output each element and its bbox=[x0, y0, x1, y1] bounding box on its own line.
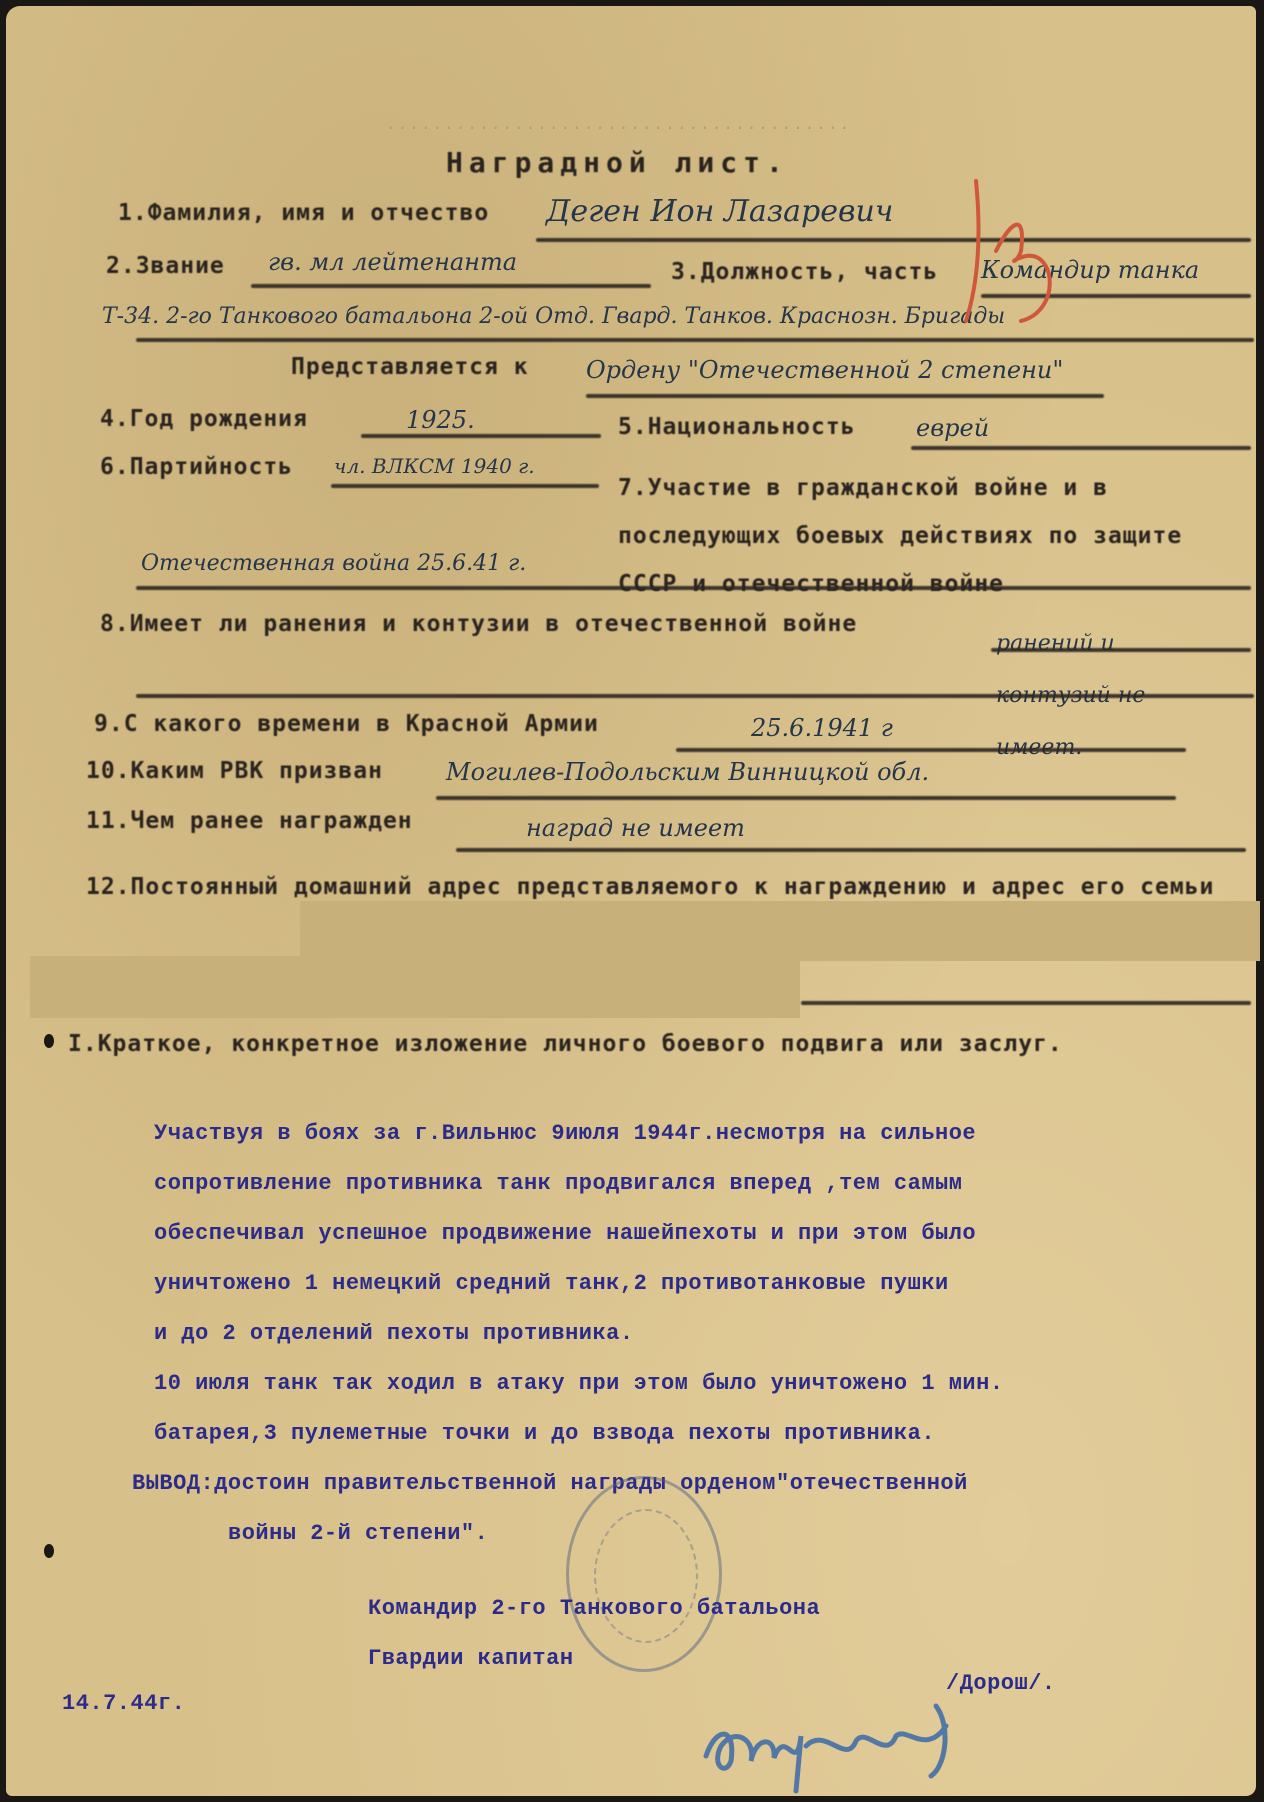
field-label-feat: I.Краткое, конкретное изложение личного … bbox=[68, 1031, 1063, 1057]
conclusion-line: ВЫВОД:достоин правительственной награды … bbox=[132, 1471, 968, 1496]
document-title: Наградной лист. bbox=[446, 146, 789, 179]
field-value-unit: Т-34. 2-го Танкового батальона 2-ой Отд.… bbox=[102, 304, 1005, 329]
document-date: 14.7.44г. bbox=[62, 1691, 185, 1716]
field-label-rank: 2.Звание bbox=[106, 253, 225, 279]
redaction-block bbox=[30, 956, 800, 1018]
field-value-nationality: еврей bbox=[916, 414, 989, 442]
underline bbox=[251, 284, 651, 288]
redaction-block bbox=[300, 901, 1260, 961]
punch-hole bbox=[44, 1544, 54, 1558]
field-value-party: чл. ВЛКСМ 1940 г. bbox=[334, 454, 535, 478]
signatory-rank: Гвардии капитан bbox=[368, 1646, 574, 1671]
field-label-party: 6.Партийность bbox=[100, 454, 293, 480]
underline bbox=[586, 394, 1104, 398]
body-line: уничтожено 1 немецкий средний танк,2 про… bbox=[154, 1271, 949, 1296]
underline bbox=[136, 694, 1254, 698]
punch-hole bbox=[44, 1034, 54, 1048]
underline bbox=[361, 434, 601, 438]
field-label-nominated: Представляется к bbox=[291, 354, 529, 380]
field-label-nationality: 5.Национальность bbox=[618, 414, 856, 440]
faint-header: ........................................ bbox=[386, 114, 851, 133]
field-label-position: 3.Должность, часть bbox=[671, 259, 938, 285]
underline bbox=[456, 848, 1246, 852]
underline bbox=[436, 796, 1176, 800]
body-line: Участвуя в боях за г.Вильнюс 9июля 1944г… bbox=[154, 1121, 976, 1146]
underline bbox=[136, 586, 1251, 590]
official-stamp bbox=[566, 1476, 722, 1672]
award-sheet-paper: ........................................… bbox=[6, 6, 1256, 1796]
underline bbox=[676, 748, 1186, 752]
red-pencil-mark-icon bbox=[961, 171, 1071, 331]
underline bbox=[136, 338, 1254, 342]
field-value-birth-year: 1925. bbox=[406, 406, 475, 434]
underline bbox=[991, 648, 1251, 652]
body-line: сопротивление противника танк продвигалс… bbox=[154, 1171, 962, 1196]
body-line: обеспечивал успешное продвижение нашейпе… bbox=[154, 1221, 976, 1246]
underline bbox=[331, 484, 599, 488]
field-value-nominated: Ордену "Отечественной 2 степени" bbox=[586, 356, 1063, 384]
underline bbox=[536, 238, 1251, 242]
body-line: и до 2 отделений пехоты противника. bbox=[154, 1321, 634, 1346]
signature-icon bbox=[696, 1666, 976, 1796]
field-value-previous-awards: наград не имеет bbox=[526, 814, 745, 842]
field-label-conscription: 10.Каким РВК призван bbox=[86, 758, 383, 784]
body-line: батарея,3 пулеметные точки и до взвода п… bbox=[154, 1421, 935, 1446]
conclusion-line: войны 2-й степени". bbox=[228, 1521, 488, 1546]
field-value-war-participation: Отечественная война 25.6.41 г. bbox=[141, 551, 526, 576]
body-line: 10 июля танк так ходил в атаку при этом … bbox=[154, 1371, 1004, 1396]
field-value-name: Деген Ион Лазаревич bbox=[546, 194, 893, 229]
signatory-title: Командир 2-го Танкового батальона bbox=[368, 1596, 820, 1621]
field-label-birth-year: 4.Год рождения bbox=[100, 406, 308, 432]
field-label-wounds: 8.Имеет ли ранения и контузии в отечеств… bbox=[100, 611, 857, 637]
field-label-army-since: 9.С какого времени в Красной Армии bbox=[94, 711, 599, 737]
field-label-previous-awards: 11.Чем ранее награжден bbox=[86, 808, 413, 834]
field-value-conscription: Могилев-Подольским Винницкой обл. bbox=[446, 758, 929, 786]
field-label-name: 1.Фамилия, имя и отчество bbox=[118, 200, 489, 226]
underline bbox=[801, 1001, 1251, 1005]
underline bbox=[911, 446, 1251, 450]
field-value-rank: гв. мл лейтенанта bbox=[268, 248, 517, 276]
field-value-army-since: 25.6.1941 г bbox=[751, 714, 893, 742]
